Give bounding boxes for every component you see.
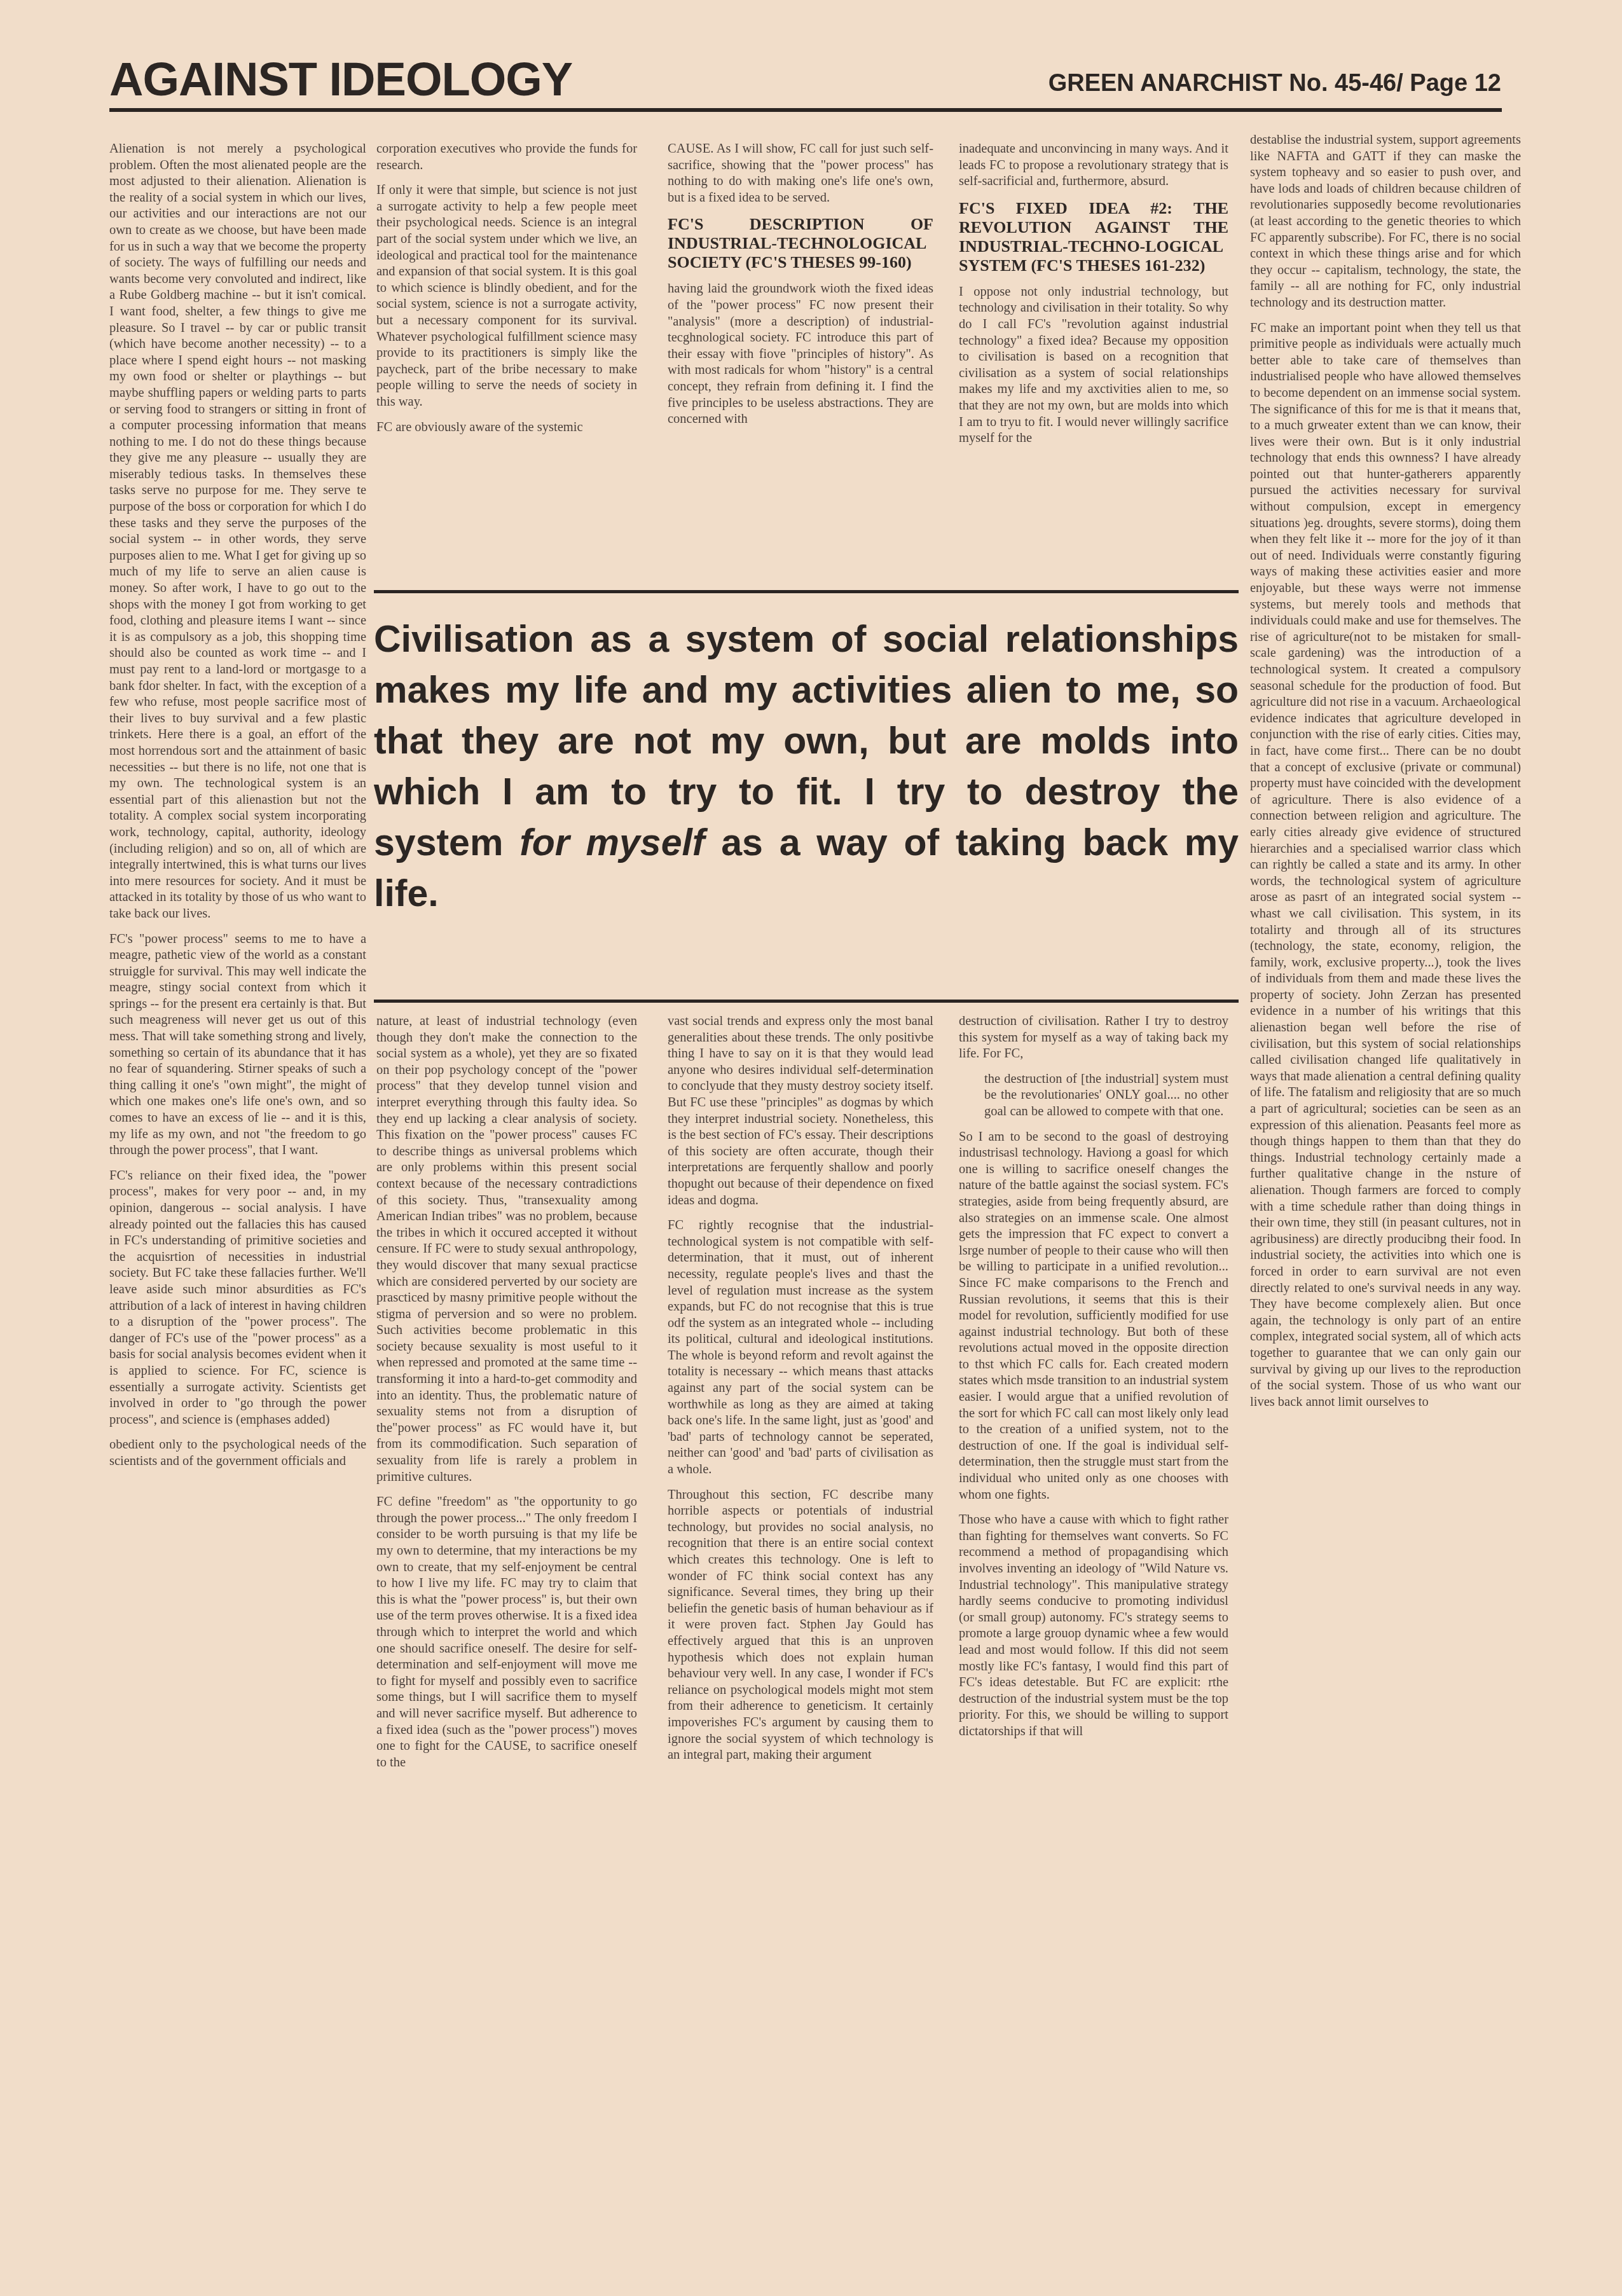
paragraph: So I am to be second to the goasl of des… (959, 1129, 1228, 1504)
paragraph: If only it were that simple, but science… (376, 182, 637, 410)
column-5: destablise the industrial system, suppor… (1250, 132, 1521, 2269)
paragraph: FC rightly recognise that the industrial… (668, 1218, 933, 1478)
block-quote: the destruction of [the industrial] syst… (959, 1071, 1228, 1120)
paragraph: Those who have a cause with which to fig… (959, 1512, 1228, 1740)
section-heading: FC'S FIXED IDEA #2: THE REVOLUTION AGAIN… (959, 199, 1228, 275)
section-heading: FC'S DESCRIPTION OF INDUSTRIAL-TECHNOLOG… (668, 215, 933, 272)
column-2-top: corporation executives who provide the f… (376, 141, 637, 586)
paragraph: FC make an important point when they tel… (1250, 320, 1521, 1411)
paragraph: FC are obviously aware of the systemic (376, 420, 637, 436)
paragraph: corporation executives who provide the f… (376, 141, 637, 174)
paragraph: nature, at least of industrial technolog… (376, 1014, 637, 1485)
paragraph: FC's "power process" seems to me to have… (109, 931, 366, 1159)
column-3-bottom: vast social trends and express only the … (668, 1014, 933, 2260)
header-rule (109, 108, 1502, 112)
paragraph: FC define "freedom" as "the opportunity … (376, 1494, 637, 1771)
pull-quote: Civilisation as a system of social relat… (374, 614, 1239, 919)
paragraph: CAUSE. As I will show, FC call for just … (668, 141, 933, 206)
newspaper-page: AGAINST IDEOLOGY GREEN ANARCHIST No. 45-… (0, 0, 1622, 2296)
column-4-bottom: destruction of civilisation. Rather I tr… (959, 1014, 1228, 2260)
column-1: Alienation is not merely a psychological… (109, 141, 366, 2258)
pullquote-top-rule (374, 590, 1239, 593)
column-3-top: CAUSE. As I will show, FC call for just … (668, 141, 933, 586)
pullquote-bottom-rule (374, 1000, 1239, 1003)
paragraph: vast social trends and express only the … (668, 1014, 933, 1209)
paragraph: I oppose not only industrial technology,… (959, 284, 1228, 447)
paragraph: Alienation is not merely a psychological… (109, 141, 366, 923)
section-title: AGAINST IDEOLOGY (109, 56, 572, 103)
paragraph: obedient only to the psychological needs… (109, 1437, 366, 1469)
pull-quote-emphasis: for myself (519, 821, 704, 863)
paragraph: destablise the industrial system, suppor… (1250, 132, 1521, 312)
paragraph: having laid the groundwork wioth the fix… (668, 281, 933, 427)
column-2-bottom: nature, at least of industrial technolog… (376, 1014, 637, 2260)
paragraph: inadequate and unconvincing in many ways… (959, 141, 1228, 190)
paragraph: Throughout this section, FC describe man… (668, 1487, 933, 1764)
issue-label: GREEN ANARCHIST No. 45-46/ Page 12 (1048, 71, 1501, 95)
paragraph: FC's reliance on their fixed idea, the "… (109, 1168, 366, 1429)
paragraph: destruction of civilisation. Rather I tr… (959, 1014, 1228, 1062)
column-4-top: inadequate and unconvincing in many ways… (959, 141, 1228, 586)
